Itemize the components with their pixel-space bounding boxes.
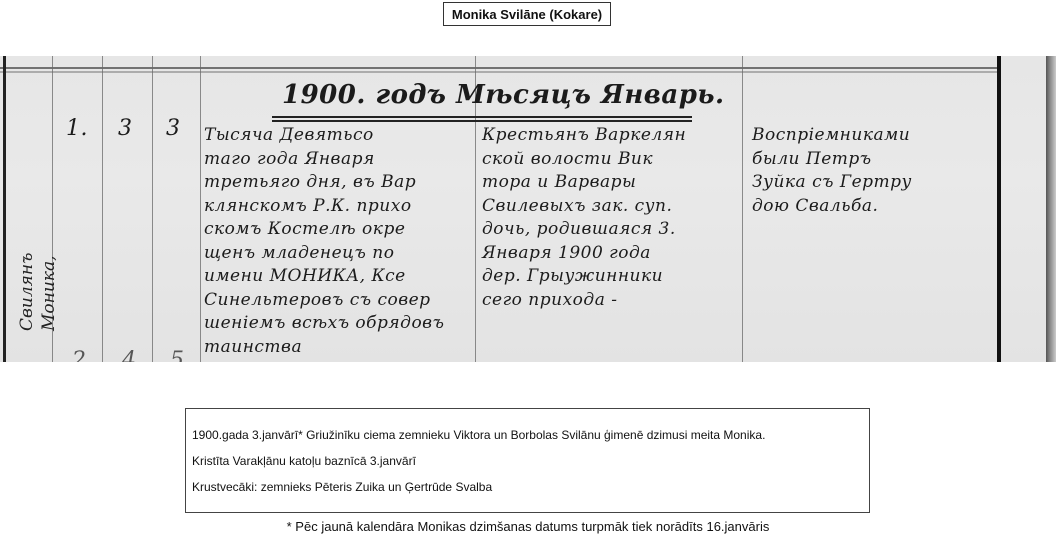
entry-baptism-day: 3 <box>166 116 181 141</box>
caption-birth-line: 1900.gada 3.janvārī* Griužinīku ciema ze… <box>192 428 869 454</box>
margin-name-note: Свилянъ Моника, <box>0 271 113 331</box>
parents-line: Января 1900 года <box>482 242 686 266</box>
godparents-line: дою Свальба. <box>752 195 912 219</box>
parents-column: Крестьянъ Варкелян ской волости Вик тора… <box>482 124 686 312</box>
record-line: таинства <box>204 336 444 360</box>
entry-birth-day: 3 <box>118 116 133 141</box>
record-line: скомъ Костелѣ окре <box>204 218 444 242</box>
parents-line: тора и Варвары <box>482 171 686 195</box>
record-line: имени МОНИКА, Ксе <box>204 265 444 289</box>
document-title-text: Monika Svilāne (Kokare) <box>452 7 602 22</box>
parents-line: ской волости Вик <box>482 148 686 172</box>
record-line: щенъ младенецъ по <box>204 242 444 266</box>
entry-number: 1. <box>66 116 88 141</box>
parents-line: Крестьянъ Варкелян <box>482 124 686 148</box>
record-line: таго года Января <box>204 148 444 172</box>
next-entry-birth-day: 4 <box>122 348 137 362</box>
caption-godparents-line: Krustvecāki: zemnieks Pēteris Zuika un Ģ… <box>192 480 869 506</box>
column-divider <box>152 56 153 362</box>
parents-line: Свилевыхъ зак. суп. <box>482 195 686 219</box>
caption-baptism-line: Kristīta Varakļānu katoļu baznīcā 3.janv… <box>192 454 869 480</box>
godparents-line: Зуйка съ Гертру <box>752 171 912 195</box>
register-top-rule <box>0 67 1000 69</box>
godparents-line: были Петръ <box>752 148 912 172</box>
document-title: Monika Svilāne (Kokare) <box>443 2 611 26</box>
godparents-line: Воспріемниками <box>752 124 912 148</box>
column-divider <box>742 56 743 362</box>
header-underline <box>272 116 692 118</box>
register-header-handwriting: 1900. годъ Мѣсяцъ Январь. <box>282 80 725 110</box>
record-text-column: Тысяча Девятьсо таго года Января третьяг… <box>204 124 444 359</box>
record-line: шеніемъ всѣхъ обрядовъ <box>204 312 444 336</box>
parents-line: сего прихода - <box>482 289 686 313</box>
godparents-column: Воспріемниками были Петръ Зуйка съ Гертр… <box>752 124 912 218</box>
record-line: клянскомъ Р.К. прихо <box>204 195 444 219</box>
next-entry-baptism-day: 5 <box>170 348 185 362</box>
parents-line: дочь, родившаяся 3. <box>482 218 686 242</box>
record-line: Синельтеровъ съ совер <box>204 289 444 313</box>
page-edge-shadow <box>1046 56 1056 362</box>
column-divider <box>200 56 201 362</box>
next-entry-number: 2 <box>72 348 87 362</box>
header-underline-2 <box>272 120 692 122</box>
calendar-footnote: * Pēc jaunā kalendāra Monikas dzimšanas … <box>0 519 1056 534</box>
register-top-rule-2 <box>0 71 1000 73</box>
register-scan-image: 1900. годъ Мѣсяцъ Январь. Свилянъ Моника… <box>0 56 1056 362</box>
record-line: третьяго дня, въ Вар <box>204 171 444 195</box>
translation-caption-box: 1900.gada 3.janvārī* Griužinīku ciema ze… <box>185 408 870 513</box>
parents-line: дер. Грыужинники <box>482 265 686 289</box>
record-line: Тысяча Девятьсо <box>204 124 444 148</box>
register-right-border <box>997 56 1001 362</box>
